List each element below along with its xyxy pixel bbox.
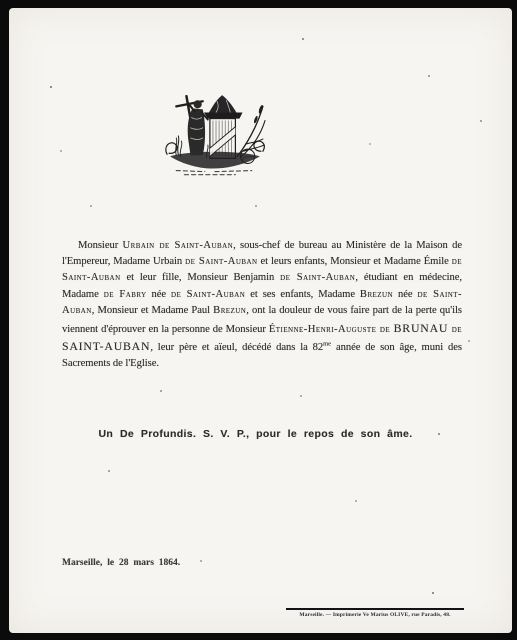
mourning-figure-tomb-icon xyxy=(164,95,266,185)
document-page: Monsieur Urbain de Saint-Auban, sous-che… xyxy=(9,8,512,633)
imprint-text: Marseille. — Imprimerie Ve Marius OLIVE,… xyxy=(288,612,462,618)
imprint-rule xyxy=(286,608,464,610)
scanned-document: Monsieur Urbain de Saint-Auban, sous-che… xyxy=(0,0,517,640)
dateline: Marseille, le 28 mars 1864. xyxy=(62,558,180,568)
scan-specks xyxy=(9,8,11,10)
prayer-line: Un De Profundis. S. V. P., pour le repos… xyxy=(9,428,502,440)
announcement-paragraph: Monsieur Urbain de Saint-Auban, sous-che… xyxy=(62,238,462,373)
printer-imprint: Marseille. — Imprimerie Ve Marius OLIVE,… xyxy=(286,608,464,619)
